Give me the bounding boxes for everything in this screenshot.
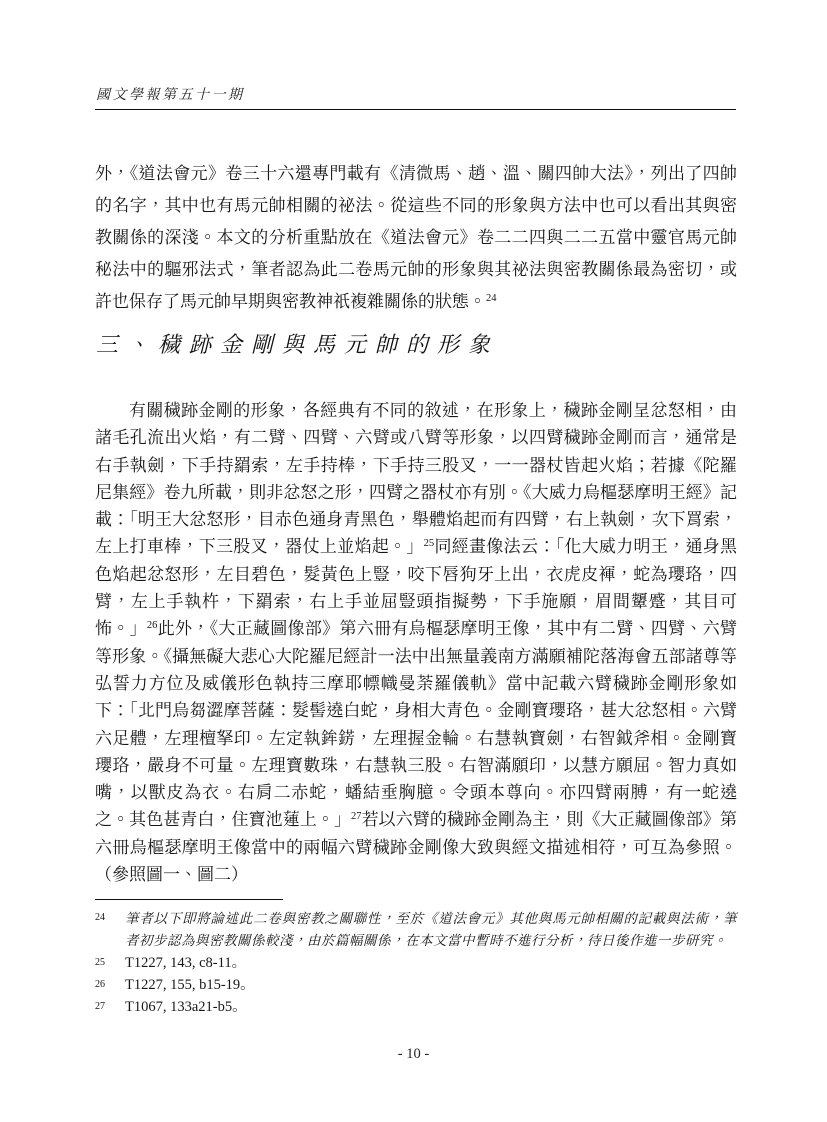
- footnote: 26 T1227, 155, b15-19。: [95, 975, 737, 996]
- footnote-ref: 27: [351, 811, 362, 822]
- document-page: 國文學報第五十一期 外，《道法會元》卷三十六還專門載有《清微馬、趙、溫、關四帥大…: [0, 0, 827, 1122]
- body-paragraph: 有關穢跡金剛的形象，各經典有不同的敘述，在形象上，穢跡金剛呈忿怒相，由諸毛孔流出…: [95, 397, 737, 888]
- footnote: 25 T1227, 143, c8-11。: [95, 953, 737, 974]
- footnote-ref: 26: [147, 620, 158, 631]
- footnote: 24 筆者以下即將論述此二卷與密教之關聯性，至於《道法會元》其他與馬元帥相關的記…: [95, 908, 737, 952]
- section-heading: 三、穢跡金剛與馬元帥的形象: [96, 328, 499, 359]
- footnote-text: 筆者以下即將論述此二卷與密教之關聯性，至於《道法會元》其他與馬元帥相關的記載與法…: [125, 908, 737, 952]
- footnote-number: 24: [95, 908, 125, 928]
- footnote-text: T1227, 143, c8-11。: [125, 953, 737, 974]
- footnote-text: T1227, 155, b15-19。: [125, 975, 737, 996]
- footnote-number: 26: [95, 975, 125, 995]
- intro-paragraph: 外，《道法會元》卷三十六還專門載有《清微馬、趙、溫、關四帥大法》，列出了四帥的名…: [95, 158, 737, 318]
- footnote-number: 27: [95, 997, 125, 1017]
- footnotes-section: 24 筆者以下即將論述此二卷與密教之關聯性，至於《道法會元》其他與馬元帥相關的記…: [95, 908, 737, 1019]
- footnote-ref: 24: [486, 293, 497, 304]
- header-rule: [95, 109, 736, 110]
- footnote-separator: [95, 899, 283, 900]
- running-header: 國文學報第五十一期: [96, 84, 245, 104]
- footnote-text: T1067, 133a21-b5。: [125, 997, 737, 1018]
- page-number: - 10 -: [0, 1046, 827, 1063]
- footnote-number: 25: [95, 953, 125, 973]
- footnote-ref: 25: [424, 538, 435, 549]
- footnote: 27 T1067, 133a21-b5。: [95, 997, 737, 1018]
